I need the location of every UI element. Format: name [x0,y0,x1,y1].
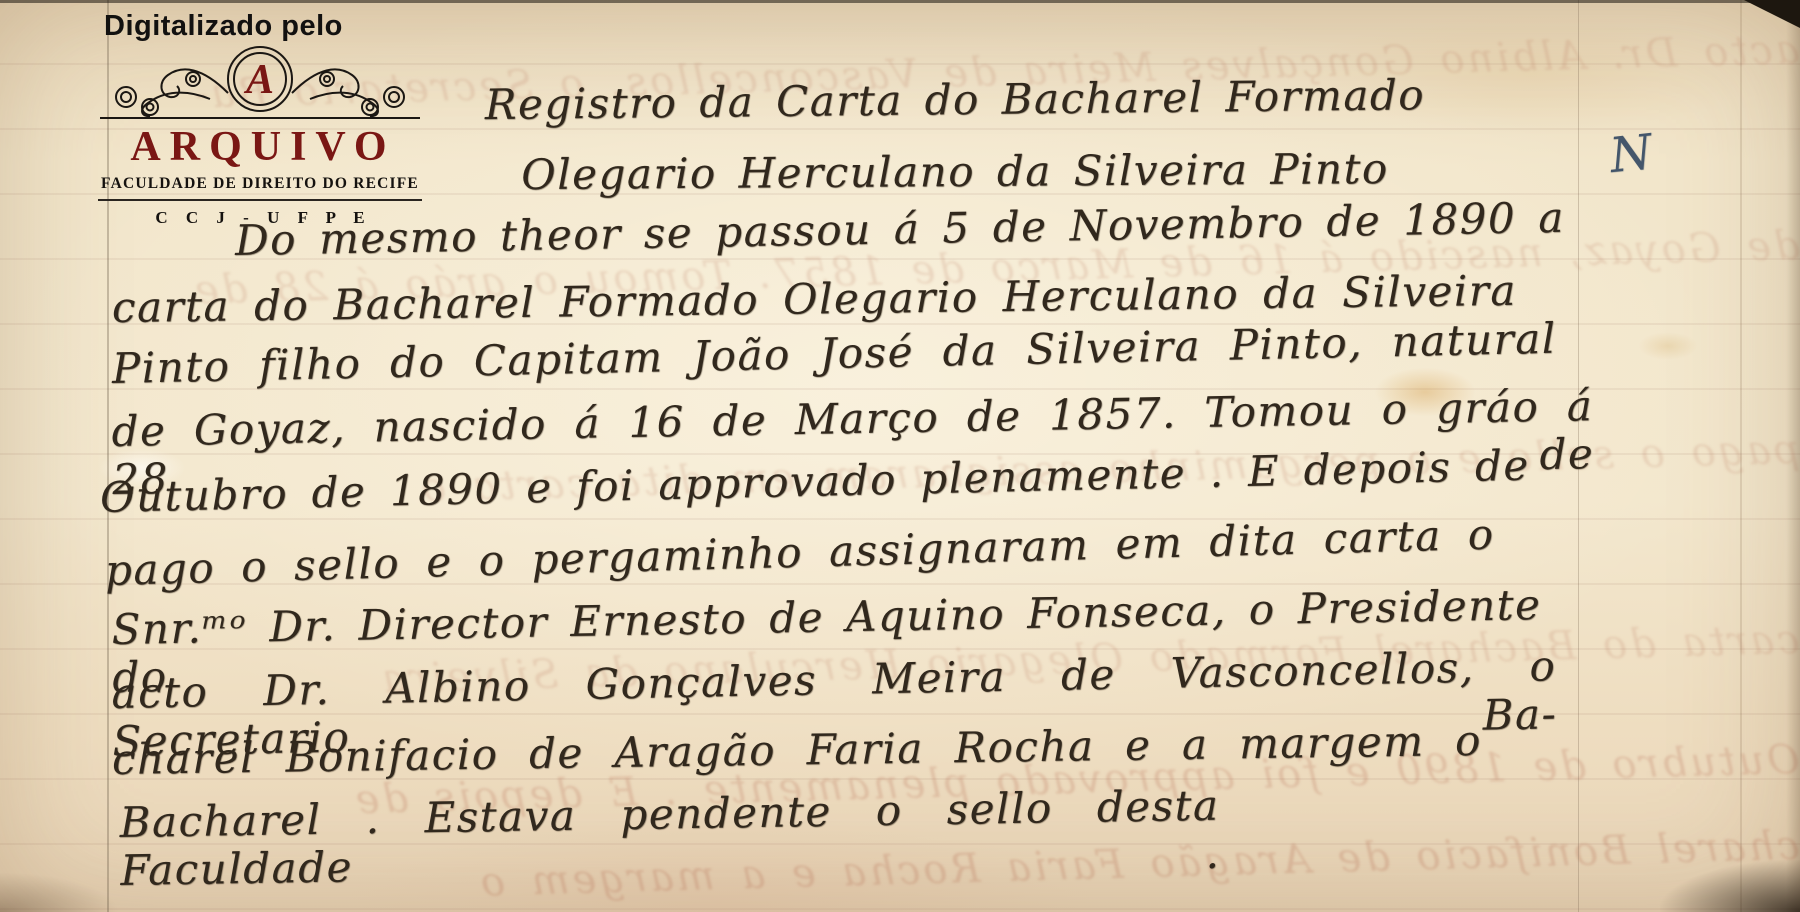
scan-top-edge [0,0,1800,3]
manuscript-title-line-2: Olegario Herculano da Silveira Pinto [400,144,1510,200]
manuscript-body-line: pago o sello e o pergaminho assignaram e… [104,511,1495,596]
scan-corner-bottom-left [0,872,120,912]
monogram-letter: A [243,57,274,103]
scan-corner-bottom-right [1660,860,1800,912]
document-page: acto Dr. Albino Gonçalves Meira de Vasco… [0,0,1800,912]
page-fold-line [1740,0,1742,912]
manuscript-title-line-1: Registro da Carta do Bacharel Formado [400,70,1510,130]
arquivo-monogram-ornament: A [98,45,422,121]
digitized-by-label: Digitalizado pelo [98,10,422,43]
manuscript-body-line: Do mesmo theor se passou á 5 de Novembro… [235,194,1566,266]
arquivo-wordmark: ARQUIVO [98,123,422,171]
margin-note: N [1607,124,1655,184]
faculdade-label: FACULDADE DE DIREITO DO RECIFE [98,175,422,201]
manuscript-body-line: Bacharel . Estava pendente o sello desta… [119,782,1220,896]
archive-watermark: Digitalizado pelo [98,10,422,228]
scan-right-edge [1786,0,1800,912]
